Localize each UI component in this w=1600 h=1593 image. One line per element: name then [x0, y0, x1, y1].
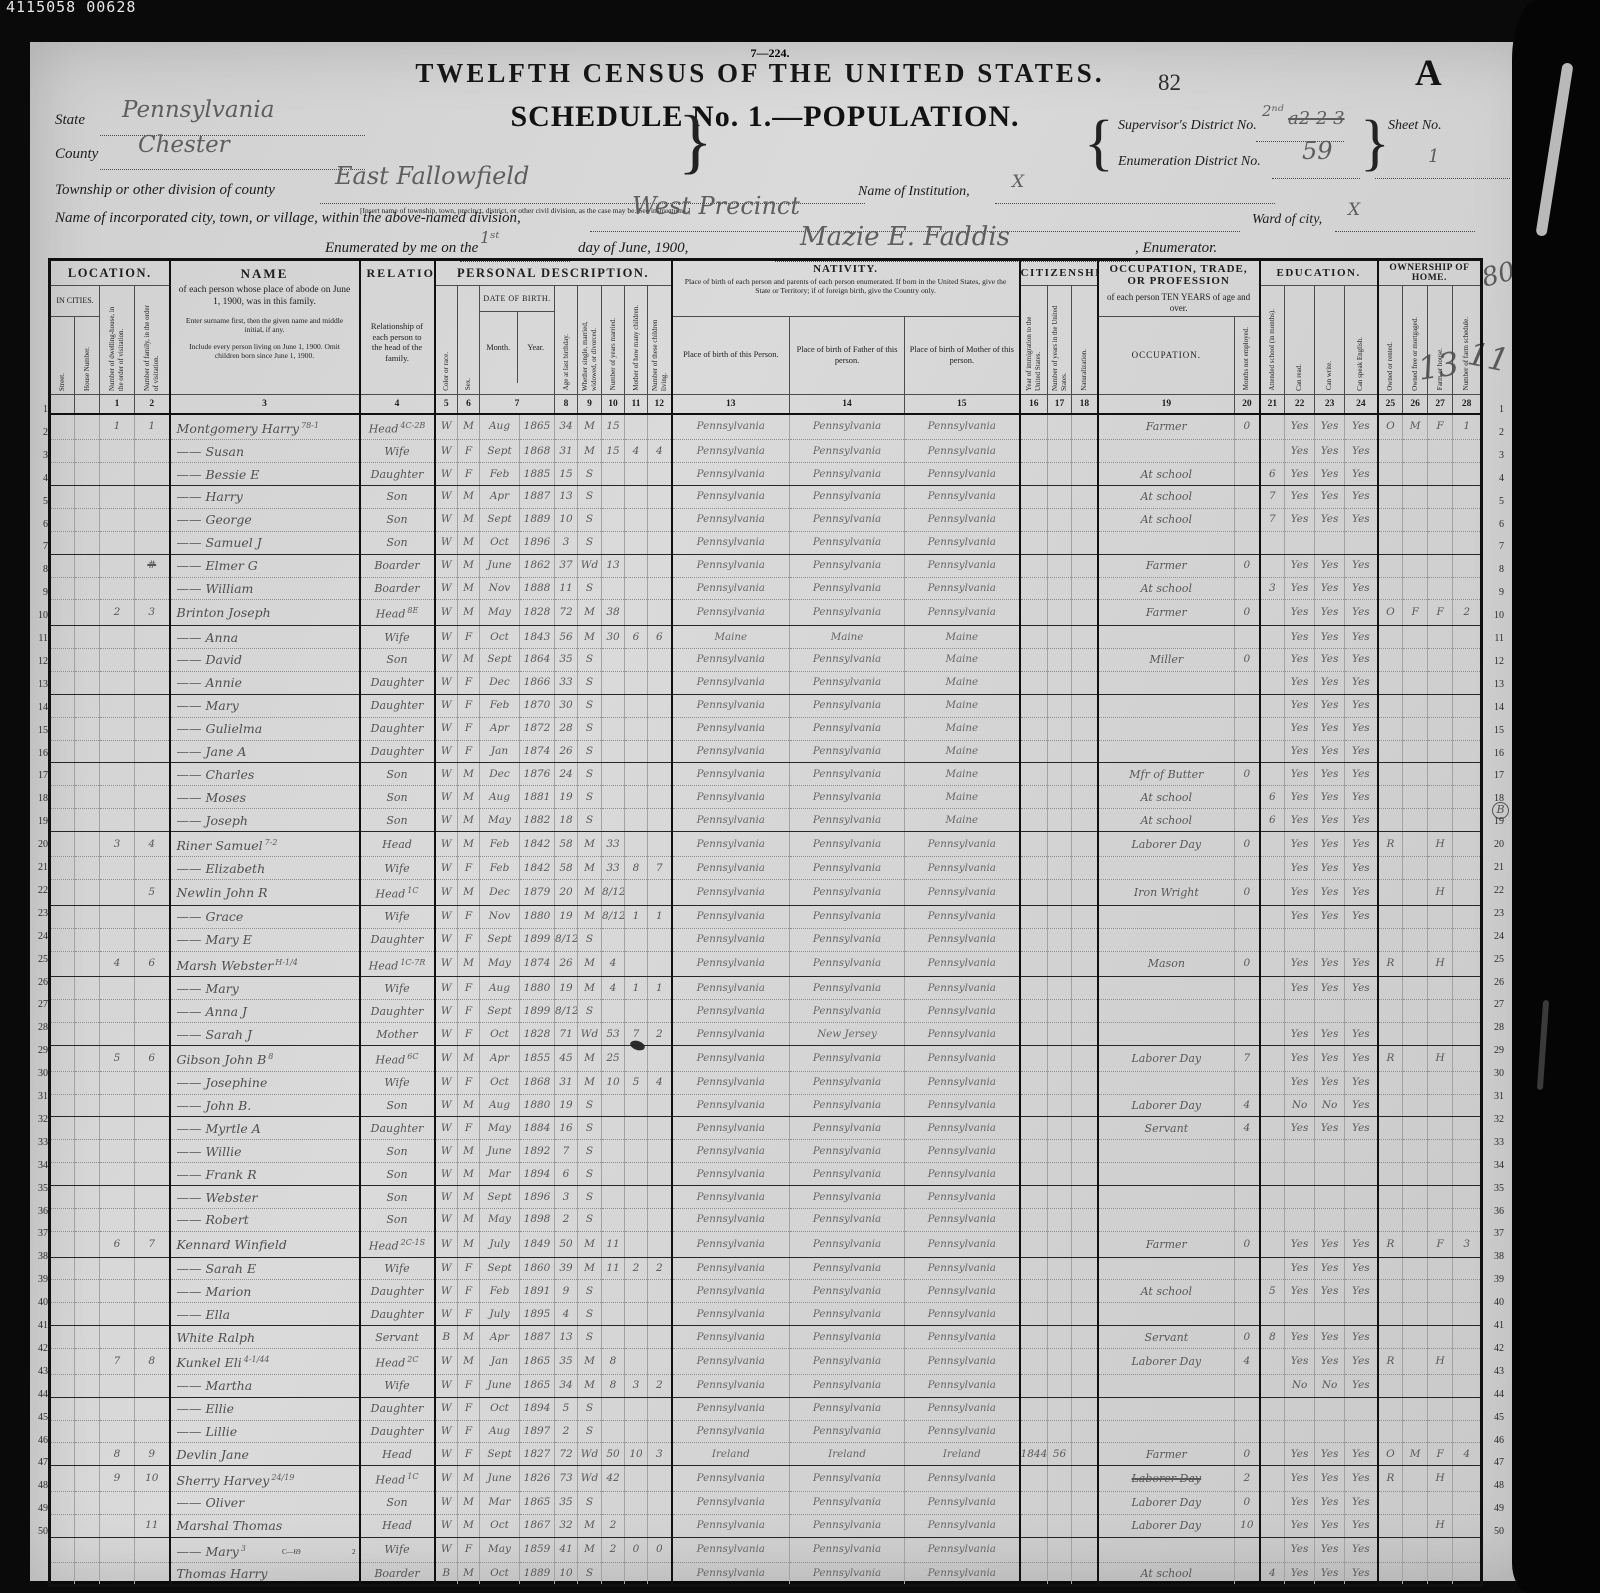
table-row: —— WebsterSonWMSept18963SPennsylvaniaPen…	[50, 1186, 1482, 1209]
sheet-value: 1	[1428, 146, 1439, 167]
page-number: 82	[1158, 70, 1181, 96]
personal-description-header: PERSONAL DESCRIPTION.	[435, 260, 672, 286]
col-date-of-birth: DATE OF BIRTH. Month. Year.	[480, 286, 555, 395]
col-dwelling-number: Number of dwelling-house, in the order o…	[100, 286, 135, 395]
table-row: —— Mary EDaughterWFSept18998/12SPennsylv…	[50, 928, 1482, 951]
col-naturalization: Naturalization.	[1072, 286, 1098, 395]
table-row: —— Mary3WifeWFMay185941M200PennsylvaniaP…	[50, 1537, 1482, 1562]
table-row: 11Montgomery Harry78-1Head4C-2BWMAug1865…	[50, 414, 1482, 440]
table-row: —— JosephineWifeWFOct186831M1054Pennsylv…	[50, 1071, 1482, 1094]
institution-rule	[995, 202, 1275, 204]
table-row: —— OliverSonWMMar186535SPennsylvaniaPenn…	[50, 1491, 1482, 1514]
table-row: —— MaryWifeWFAug188019M411PennsylvaniaPe…	[50, 977, 1482, 1000]
supervisor-label: Supervisor's District No.	[1118, 118, 1257, 134]
table-row: —— Anna JDaughterWFSept18998/12SPennsylv…	[50, 1000, 1482, 1023]
table-row: 78Kunkel Eli4-1/44Head2CWMJan186535M8Pen…	[50, 1349, 1482, 1375]
table-row: —— JosephSonWMMay188218SPennsylvaniaPenn…	[50, 809, 1482, 832]
table-row: —— Myrtle ADaughterWFMay188416SPennsylva…	[50, 1117, 1482, 1140]
sheet-rule	[1375, 177, 1510, 179]
ownership-header: OWNERSHIP OF HOME.	[1378, 260, 1482, 286]
table-row: —— SusanWifeWFSept186831M1544Pennsylvani…	[50, 440, 1482, 463]
scanned-census-page: { "scan_id": "4115058 00628", "header": …	[0, 0, 1600, 1593]
location-header: LOCATION.	[50, 260, 170, 286]
column-number-row: 12 3 4 5 6 7 8 9 10 11 12 13 14 15 16 17…	[50, 394, 1482, 414]
name-header: NAME of each person whose place of abode…	[170, 260, 360, 395]
enumeration-rule	[1272, 177, 1360, 179]
occupation-header: OCCUPATION, TRADE, OR PROFESSION of each…	[1098, 260, 1260, 317]
schedule-title: SCHEDULE No. 1.—POPULATION.	[465, 100, 1065, 134]
state-label: State	[55, 112, 85, 129]
table-row: —— Sarah JMotherWFOct182871Wd5372Pennsyl…	[50, 1023, 1482, 1046]
city-label: Name of incorporated city, town, or vill…	[55, 210, 521, 227]
supervisor-struck-value: a2 2 3	[1288, 108, 1345, 129]
table-row: —— MarthaWifeWFJune186534M832Pennsylvani…	[50, 1374, 1482, 1397]
table-row: 89Devlin JaneHeadWFSept182772Wd50103Irel…	[50, 1443, 1482, 1466]
district-brace-close: }	[1360, 108, 1390, 179]
table-row: —— AnnaWifeWFOct184356M3066MaineMaineMai…	[50, 626, 1482, 649]
col-months-not-employed: Months not employed.	[1235, 316, 1260, 394]
table-row: —— EllaDaughterWFJuly18954SPennsylvaniaP…	[50, 1303, 1482, 1326]
col-street: Street.	[50, 316, 75, 394]
township-value: East Fallowfield	[335, 162, 529, 190]
col-pob-father: Place of birth of Father of this person.	[790, 316, 905, 394]
county-rule	[100, 168, 365, 170]
table-row: —— Samuel JSonWMOct18963SPennsylvaniaPen…	[50, 531, 1482, 554]
table-row: —— CharlesSonWMDec187624SPennsylvaniaPen…	[50, 763, 1482, 786]
nativity-header: NATIVITY. Place of birth of each person …	[672, 260, 1020, 317]
table-row: —— MarionDaughterWFFeb18919SPennsylvania…	[50, 1280, 1482, 1303]
census-rows: 11Montgomery Harry78-1Head4C-2BWMAug1865…	[50, 414, 1482, 1586]
institution-label: Name of Institution,	[858, 184, 970, 200]
enumeration-label: Enumeration District No.	[1118, 154, 1261, 170]
col-pob-person: Place of birth of this Person.	[672, 316, 790, 394]
enumerator-name: Mazie E. Faddis	[800, 222, 1010, 252]
table-row: 5Newlin John RHead1CWMDec187920M8/12Penn…	[50, 880, 1482, 906]
sheet-label: Sheet No.	[1388, 118, 1442, 134]
date-label: day of June, 1900,	[578, 240, 688, 257]
population-schedule-table: LOCATION. NAME of each person whose plac…	[48, 258, 1483, 1587]
table-row: 46Marsh WebsterH-1/4Head1C-7RWMMay187426…	[50, 951, 1482, 977]
citizenship-header: CITIZENSHIP.	[1020, 260, 1098, 286]
ward-rule	[1335, 230, 1475, 232]
col-marital-status: Whether single, married, widowed, or div…	[578, 286, 602, 395]
col-can-speak-english: Can speak English.	[1345, 286, 1378, 395]
table-row: —— WilliamBoarderWMNov188811SPennsylvani…	[50, 577, 1482, 600]
col-farm-schedule: Number of farm schedule.	[1453, 286, 1482, 395]
col-occupation: OCCUPATION.	[1098, 316, 1235, 394]
table-row: 34Riner Samuel7-2HeadWMFeb184258M33Penns…	[50, 832, 1482, 857]
table-row: —— Jane ADaughterWFJan187426SPennsylvani…	[50, 740, 1482, 763]
table-row: —— John B.SonWMAug188019SPennsylvaniaPen…	[50, 1094, 1482, 1117]
enumerator-label: , Enumerator.	[1135, 240, 1217, 257]
enumerated-day: 1ˢᵗ	[480, 228, 500, 247]
scan-id-label: 4115058 00628	[6, 0, 136, 16]
table-row: —— GulielmaDaughterWFApr187228SPennsylva…	[50, 717, 1482, 740]
col-can-read: Can read.	[1285, 286, 1315, 395]
table-row: —— WillieSonWMJune18927SPennsylvaniaPenn…	[50, 1140, 1482, 1163]
col-age: Age at last birthday.	[555, 286, 578, 395]
table-row: —— Sarah EWifeWFSept186039M1122Pennsylva…	[50, 1257, 1482, 1280]
district-brace-open: {	[1084, 108, 1114, 179]
table-row: 23Brinton JosephHead8EWMMay182872M38Penn…	[50, 600, 1482, 626]
city-value: West Precinct	[632, 192, 800, 220]
table-row: —— RobertSonWMMay18982SPennsylvaniaPenns…	[50, 1208, 1482, 1231]
table-row: —— LillieDaughterWFAug18972SPennsylvania…	[50, 1420, 1482, 1443]
supervisor-value: 2ⁿᵈ	[1262, 102, 1284, 120]
table-row: —— Bessie EDaughterWFFeb188515SPennsylva…	[50, 463, 1482, 486]
ward-label: Ward of city,	[1252, 212, 1322, 228]
col-sex: Sex.	[458, 286, 480, 395]
education-header: EDUCATION.	[1260, 260, 1378, 286]
ward-value: X	[1348, 200, 1360, 220]
col-years-married: Number of years married.	[602, 286, 625, 395]
enumerated-label: Enumerated by me on the	[325, 240, 478, 257]
sheet-letter: A	[1415, 52, 1442, 95]
table-row: —— DavidSonWMSept186435SPennsylvaniaPenn…	[50, 649, 1482, 672]
table-row: 67Kennard WinfieldHead2C-1SWMJuly184950M…	[50, 1231, 1482, 1257]
in-cities-header: IN CITIES.	[50, 286, 100, 317]
col-house-number: House Number.	[75, 316, 100, 394]
table-row: —— HarrySonWMApr188713SPennsylvaniaPenns…	[50, 486, 1482, 509]
state-value: Pennsylvania	[122, 97, 274, 123]
township-label: Township or other division of county	[55, 182, 275, 199]
enumeration-value: 59	[1302, 137, 1333, 165]
table-row: —— MaryDaughterWFFeb187030SPennsylvaniaP…	[50, 694, 1482, 717]
col-mother-of-children: Mother of how many children.	[625, 286, 648, 395]
col-farm-house: Farm or house.	[1428, 286, 1453, 395]
col-owned-rented: Owned or rented.	[1378, 286, 1403, 395]
col-free-mortgaged: Owned free or mortgaged.	[1403, 286, 1428, 395]
census-sheet: 7—224. TWELFTH CENSUS OF THE UNITED STAT…	[30, 42, 1543, 1581]
county-value: Chester	[138, 132, 230, 158]
col-family-number: Number of family, in the order of visita…	[135, 286, 170, 395]
page-title: TWELFTH CENSUS OF THE UNITED STATES.	[360, 58, 1160, 89]
table-row: —— Frank RSonWMMar18946SPennsylvaniaPenn…	[50, 1163, 1482, 1186]
scan-edge-band	[1512, 0, 1600, 1593]
col-attended-school: Attended school (in months).	[1260, 286, 1285, 395]
col-can-write: Can write.	[1315, 286, 1345, 395]
institution-value: X	[1012, 172, 1024, 192]
col-pob-mother: Place of birth of Mother of this person.	[905, 316, 1020, 394]
table-row: White RalphServantBMApr188713SPennsylvan…	[50, 1326, 1482, 1349]
col-children-living: Number of these children living.	[648, 286, 672, 395]
relation-header: RELATION. Relationship of each person to…	[360, 260, 435, 395]
table-row: 910Sherry Harvey24/19Head1CWMJune182673W…	[50, 1466, 1482, 1492]
table-row: —— EllieDaughterWFOct18945SPennsylvaniaP…	[50, 1397, 1482, 1420]
table-row: Thomas HarryBoarderBMOct188910SPennsylva…	[50, 1562, 1482, 1585]
table-row: #—— Elmer GBoarderWMJune186237Wd13Pennsy…	[50, 554, 1482, 577]
county-label: County	[55, 146, 98, 163]
col-immigration-year: Year of immigration to the United States…	[1020, 286, 1048, 395]
col-years-in-us: Number of years in the United States.	[1048, 286, 1072, 395]
table-row: 11Marshal ThomasHeadWMOct186732M2Pennsyl…	[50, 1514, 1482, 1537]
table-row: 56Gibson John B8Head6CWMApr185545M25Penn…	[50, 1045, 1482, 1071]
table-row: —— AnnieDaughterWFDec186633SPennsylvania…	[50, 671, 1482, 694]
col-color-race: Color or race.	[435, 286, 458, 395]
left-brace: }	[678, 100, 713, 183]
table-row: —— ElizabethWifeWFFeb184258M3387Pennsylv…	[50, 857, 1482, 880]
table-row: —— MosesSonWMAug188119SPennsylvaniaPenns…	[50, 786, 1482, 809]
table-row: —— GeorgeSonWMSept188910SPennsylvaniaPen…	[50, 508, 1482, 531]
table-row: —— GraceWifeWFNov188019M8/1211Pennsylvan…	[50, 905, 1482, 928]
